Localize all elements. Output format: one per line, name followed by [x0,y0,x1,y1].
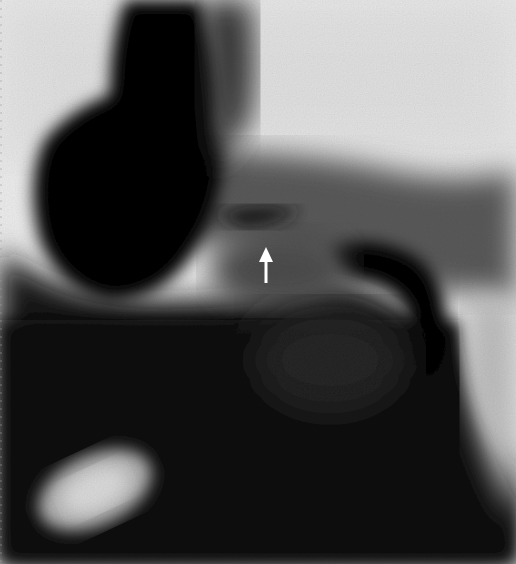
radiograph-image [0,0,516,564]
radiograph [0,0,516,564]
